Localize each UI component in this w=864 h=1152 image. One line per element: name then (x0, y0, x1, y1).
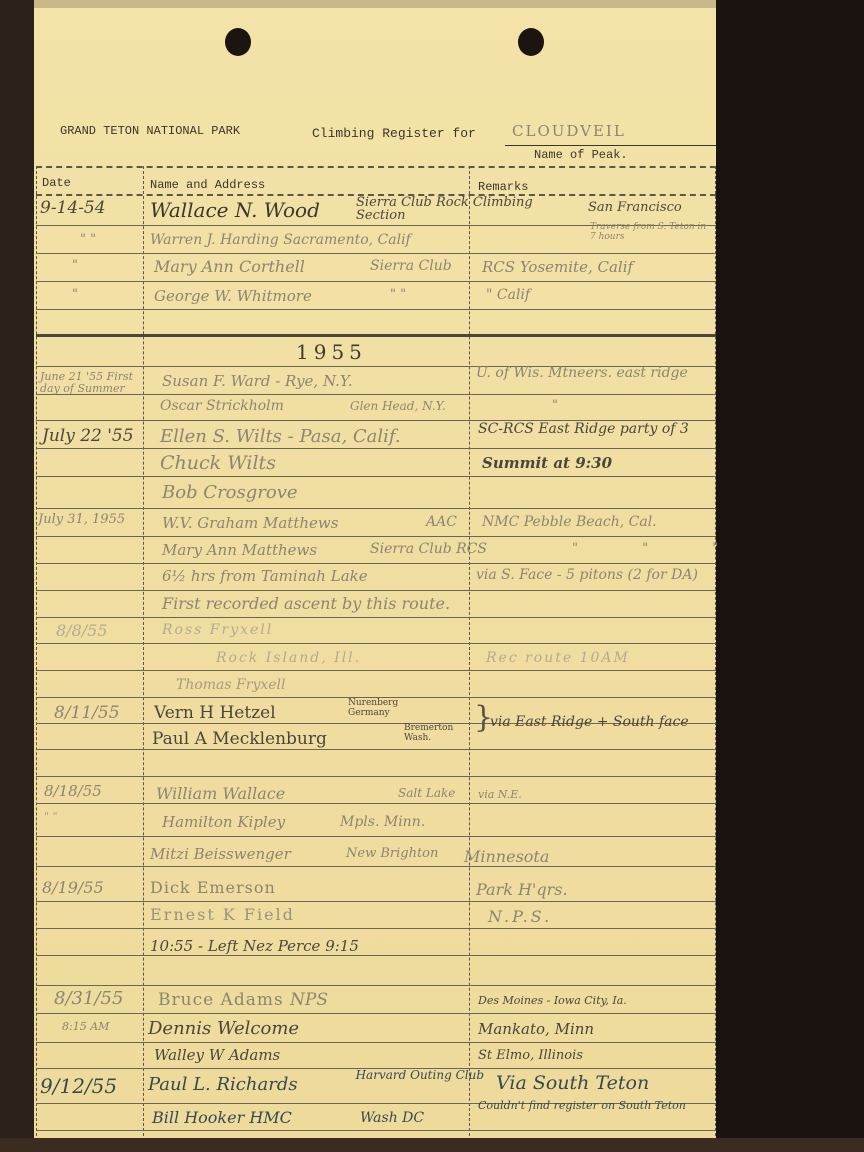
row-rule (36, 508, 716, 509)
row-rule (36, 866, 716, 867)
entry-address: AAC (426, 514, 457, 530)
entry-address: Sierra Club Rock Climbing Section (356, 196, 536, 222)
entry-name: Bob Crosgrove (162, 482, 298, 503)
entry-name: Dick Emerson (150, 878, 276, 897)
row-rule (36, 1130, 716, 1131)
entry-date: 8/18/55 (44, 782, 102, 800)
binder-strip (34, 0, 716, 8)
background-bottom (0, 1138, 864, 1152)
entry-remarks: Via South Teton (496, 1072, 649, 1094)
entry-date: " (72, 258, 78, 273)
row-rule (36, 476, 716, 477)
entry-remarks: Minnesota (464, 847, 549, 866)
entry-address: Harvard Outing Club (334, 1068, 484, 1082)
peak-caption: Name of Peak. (534, 148, 628, 162)
entry-remarks: Traverse from S. Teton in 7 hours (590, 222, 710, 242)
entry-remarks: Summit at 9:30 (482, 454, 612, 472)
row-rule (36, 985, 716, 986)
entry-address: Salt Lake (398, 786, 455, 800)
entry-remarks: Couldn't find register on South Teton (478, 1100, 698, 1112)
entry-address: Mpls. Minn. (340, 814, 425, 830)
entry-date: 8/8/55 (56, 621, 108, 640)
entry-address: New Brighton (346, 846, 438, 861)
entry-name: Chuck Wilts (160, 452, 276, 474)
entry-date: " (72, 287, 78, 302)
binder-hole-right (518, 28, 544, 56)
entry-remarks: Rec route 10AM (486, 650, 630, 666)
row-rule (36, 590, 716, 591)
row-rule (36, 448, 716, 449)
entry-address: Glen Head, N.Y. (350, 399, 446, 413)
row-rule (36, 1013, 716, 1014)
row-rule (36, 901, 716, 902)
row-rule (36, 928, 716, 929)
year-separator (36, 334, 716, 337)
entry-remarks: Park H'qrs. (476, 880, 568, 899)
row-rule (36, 955, 716, 956)
entry-remarks: " (552, 398, 558, 413)
entry-address: " " (390, 287, 406, 302)
column-header-remarks: Remarks (478, 180, 528, 194)
entry-name: Walley W Adams (154, 1046, 280, 1064)
row-rule (36, 803, 716, 804)
entry-name: Vern H Hetzel (154, 703, 276, 723)
entry-name: Bill Hooker HMC (152, 1108, 292, 1127)
entry-remarks: St Elmo, Illinois (478, 1048, 583, 1063)
entry-name: Bruce Adams (158, 990, 284, 1010)
entry-name: Paul L. Richards (148, 1074, 298, 1095)
entry-name: W.V. Graham Matthews (162, 514, 338, 532)
entry-date: June 21 '55 First day of Summer (40, 371, 140, 395)
entry-name: Ernest K Field (150, 905, 295, 924)
entry-remarks: N.P.S. (488, 907, 552, 926)
entry-name: Hamilton Kipley (162, 813, 285, 831)
row-rule (36, 536, 716, 537)
entry-date: 8/11/55 (54, 703, 120, 723)
row-rule (36, 836, 716, 837)
entry-name: Wallace N. Wood (150, 198, 320, 222)
row-rule (36, 309, 716, 310)
entry-name: First recorded ascent by this route. (162, 594, 450, 613)
entry-address: Wash DC (360, 1110, 424, 1126)
entry-name: William Wallace (156, 784, 285, 803)
row-rule (36, 253, 716, 254)
entry-remarks: via N.E. (478, 788, 522, 801)
entry-remarks: Des Moines - Iowa City, Ia. (478, 994, 627, 1007)
entry-remarks: SC-RCS East Ridge party of 3 (478, 422, 710, 436)
entry-date: 9/12/55 (40, 1074, 117, 1098)
entry-name: Mitzi Beisswenger (150, 845, 291, 863)
entry-remarks: RCS Yosemite, Calif (482, 258, 633, 276)
entry-remarks: U. of Wis. Mtneers. east ridge (476, 366, 712, 380)
entry-name: Dennis Welcome (148, 1018, 299, 1039)
binder-hole-left (225, 28, 251, 56)
entry-remarks: Mankato, Minn (478, 1020, 594, 1038)
row-rule (36, 670, 716, 671)
entry-name: George W. Whitmore (154, 287, 312, 305)
entry-name: Warren J. Harding Sacramento, Calif (150, 232, 411, 248)
entry-name: Ross Fryxell (162, 622, 273, 638)
entry-remarks: San Francisco (588, 200, 682, 215)
row-rule (36, 617, 716, 618)
col-border-right (715, 166, 716, 1136)
register-label: Climbing Register for (312, 126, 476, 141)
entry-address: Rock Island, Ill. (216, 650, 361, 666)
entry-remarks: via East Ridge + South face (490, 713, 690, 731)
entry-date: 8/31/55 (54, 988, 123, 1009)
entry-date: " " (80, 232, 96, 247)
column-header-name: Name and Address (150, 178, 265, 192)
year-heading: 1955 (296, 340, 367, 364)
row-rule (36, 563, 716, 564)
park-name: GRAND TETON NATIONAL PARK (60, 124, 240, 138)
entry-date: 8/19/55 (42, 878, 104, 897)
entry-name: Ellen S. Wilts - Pasa, Calif. (160, 426, 401, 447)
entry-date: " " (44, 810, 58, 823)
row-rule (36, 643, 716, 644)
peak-name: CLOUDVEIL (512, 122, 626, 140)
col-divider-date (143, 166, 144, 1136)
column-header-date: Date (42, 176, 71, 190)
row-rule (36, 776, 716, 777)
entry-remarks: via S. Face - 5 pitons (2 for DA) (476, 567, 698, 583)
entry-address: NPS (290, 990, 328, 1010)
entry-date: July 22 '55 (42, 426, 134, 446)
entry-name: 6½ hrs from Taminah Lake (162, 567, 368, 585)
entry-date: July 31, 1955 (38, 512, 125, 527)
entry-name: Oscar Strickholm (160, 398, 284, 414)
row-rule (36, 281, 716, 282)
background-left (0, 0, 34, 1152)
entry-date: 8:15 AM (62, 1020, 109, 1033)
peak-underline (505, 145, 716, 146)
row-rule (36, 1042, 716, 1043)
background-right (716, 0, 864, 1152)
col-divider-name (469, 166, 470, 1136)
entry-address: Nurenberg Germany (348, 698, 428, 718)
entry-date: 9-14-54 (40, 198, 106, 218)
entry-address: Sierra Club RCS (370, 541, 487, 557)
entry-name: Susan F. Ward - Rye, N.Y. (162, 372, 353, 390)
col-border-left (36, 166, 37, 1136)
entry-address: Bremerton Wash. (404, 723, 474, 743)
entry-name: Paul A Mecklenburg (152, 729, 327, 749)
entry-name: 10:55 - Left Nez Perce 9:15 (150, 937, 359, 955)
table-top-border (36, 166, 716, 168)
row-rule (36, 749, 716, 750)
entry-remarks: NMC Pebble Beach, Cal. (482, 514, 657, 530)
entry-remarks: " Calif (486, 287, 530, 303)
entry-name: Mary Ann Matthews (162, 541, 317, 559)
entry-name: Mary Ann Corthell (154, 257, 305, 276)
entry-address: Sierra Club (370, 258, 452, 274)
entry-name: Thomas Fryxell (176, 677, 286, 693)
entry-remarks: " " " (572, 541, 748, 556)
